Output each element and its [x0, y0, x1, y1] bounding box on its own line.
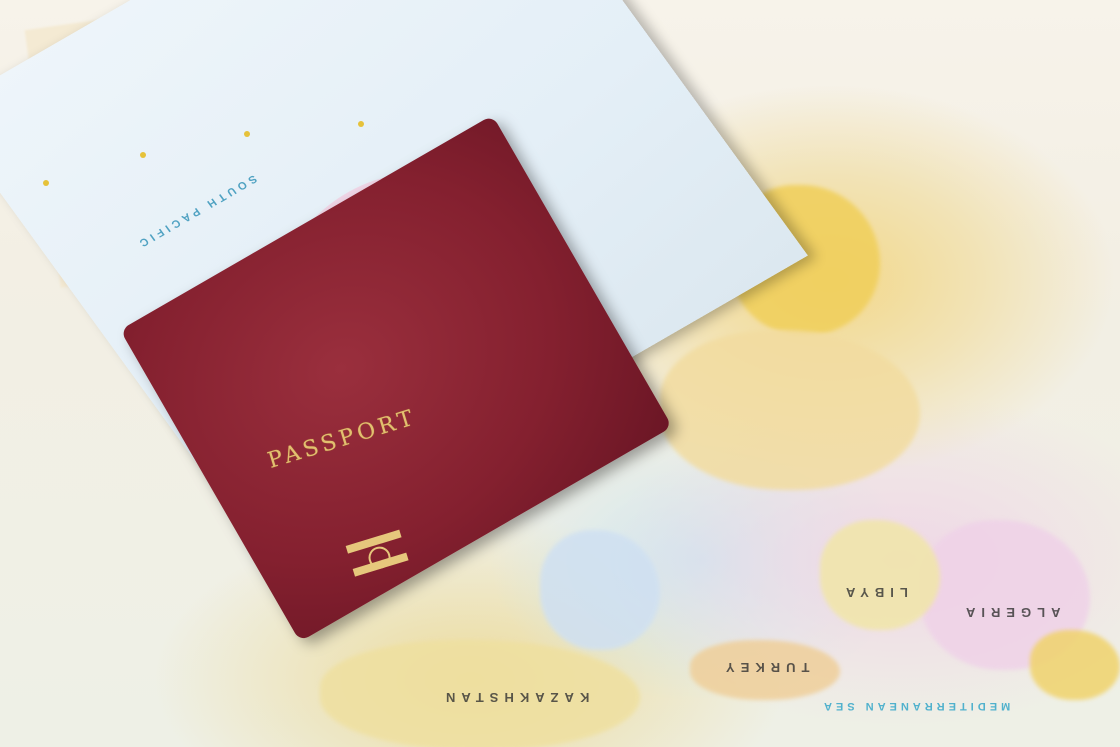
photo-scene: KAZAKHSTAN TURKEY LIBYA ALGERIA MEDITERR… — [0, 0, 1120, 747]
map-region-morocco — [1030, 630, 1120, 700]
atlas-grid-marker — [43, 180, 49, 186]
map-label-turkey: TURKEY — [720, 660, 809, 675]
map-region-iran — [540, 530, 660, 650]
atlas-grid-marker — [244, 131, 250, 137]
atlas-label-south-pacific: SOUTH PACIFIC — [133, 172, 259, 250]
map-label-mediterranean: MEDITERRANEAN SEA — [820, 700, 1010, 712]
map-label-algeria: ALGERIA — [960, 605, 1061, 620]
map-region-libya — [820, 520, 940, 630]
map-label-libya: LIBYA — [840, 585, 908, 600]
map-label-kazakhstan: KAZAKHSTAN — [440, 690, 589, 705]
atlas-grid-marker — [140, 152, 146, 158]
atlas-grid-marker — [358, 121, 364, 127]
